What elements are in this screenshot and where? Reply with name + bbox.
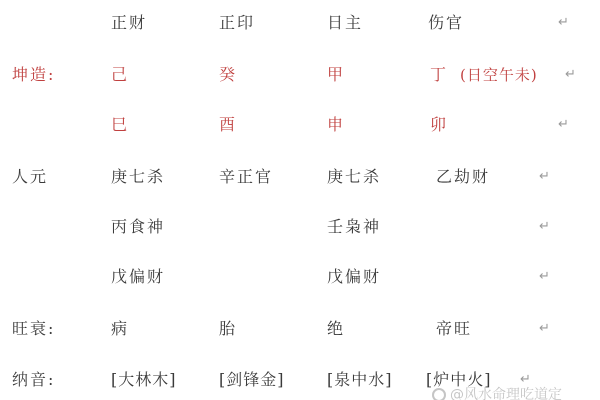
- renyuan-1-col-3: 庚七杀: [327, 167, 381, 187]
- nayin-col-1: [大林木]: [111, 370, 177, 390]
- renyuan-1-col-4: 乙劫财: [436, 167, 490, 187]
- branch-col-1: 巳: [111, 115, 129, 135]
- renyuan-2-col-1: 丙食神: [111, 217, 165, 237]
- wangshuai-col-4: 帝旺: [436, 319, 472, 339]
- paragraph-mark-icon: ↵: [539, 319, 550, 339]
- watermark: @风水命理吃道定: [432, 386, 600, 400]
- watermark-text: @风水命理吃道定: [450, 387, 562, 400]
- renyuan-label: 人元: [12, 167, 48, 187]
- wangshuai-col-1: 病: [111, 319, 129, 339]
- stem-col-2: 癸: [219, 65, 237, 85]
- stem-note: (日空午未): [460, 65, 538, 85]
- wangshuai-label: 旺衰:: [12, 319, 55, 339]
- nayin-col-3: [泉中水]: [327, 370, 393, 390]
- paragraph-mark-icon: ↵: [558, 115, 569, 135]
- branch-col-4: 卯: [430, 115, 448, 135]
- wangshuai-col-2: 胎: [219, 319, 237, 339]
- renyuan-1-col-2: 辛正官: [219, 167, 273, 187]
- paragraph-mark-icon: ↵: [539, 167, 550, 187]
- paragraph-mark-icon: ↵: [539, 267, 550, 287]
- header-col-1: 正财: [111, 13, 147, 33]
- header-col-3: 日主: [327, 13, 363, 33]
- stem-col-4: 丁: [430, 65, 448, 85]
- branch-col-2: 酉: [219, 115, 237, 135]
- weibo-logo-icon: [432, 388, 446, 400]
- paragraph-mark-icon: ↵: [539, 217, 550, 237]
- renyuan-3-col-3: 戊偏财: [327, 267, 381, 287]
- branch-col-3: 申: [327, 115, 345, 135]
- stem-col-1: 己: [111, 65, 129, 85]
- header-col-4: 伤官: [428, 13, 464, 33]
- paragraph-mark-icon: ↵: [558, 13, 569, 33]
- header-col-2: 正印: [219, 13, 255, 33]
- nayin-label: 纳音:: [12, 370, 55, 390]
- wangshuai-col-3: 绝: [327, 319, 345, 339]
- renyuan-1-col-1: 庚七杀: [111, 167, 165, 187]
- stem-row-label: 坤造:: [12, 65, 55, 85]
- stem-col-3: 甲: [327, 65, 345, 85]
- paragraph-mark-icon: ↵: [565, 65, 576, 85]
- renyuan-3-col-1: 戊偏财: [111, 267, 165, 287]
- renyuan-2-col-3: 壬枭神: [327, 217, 381, 237]
- nayin-col-2: [剑锋金]: [219, 370, 285, 390]
